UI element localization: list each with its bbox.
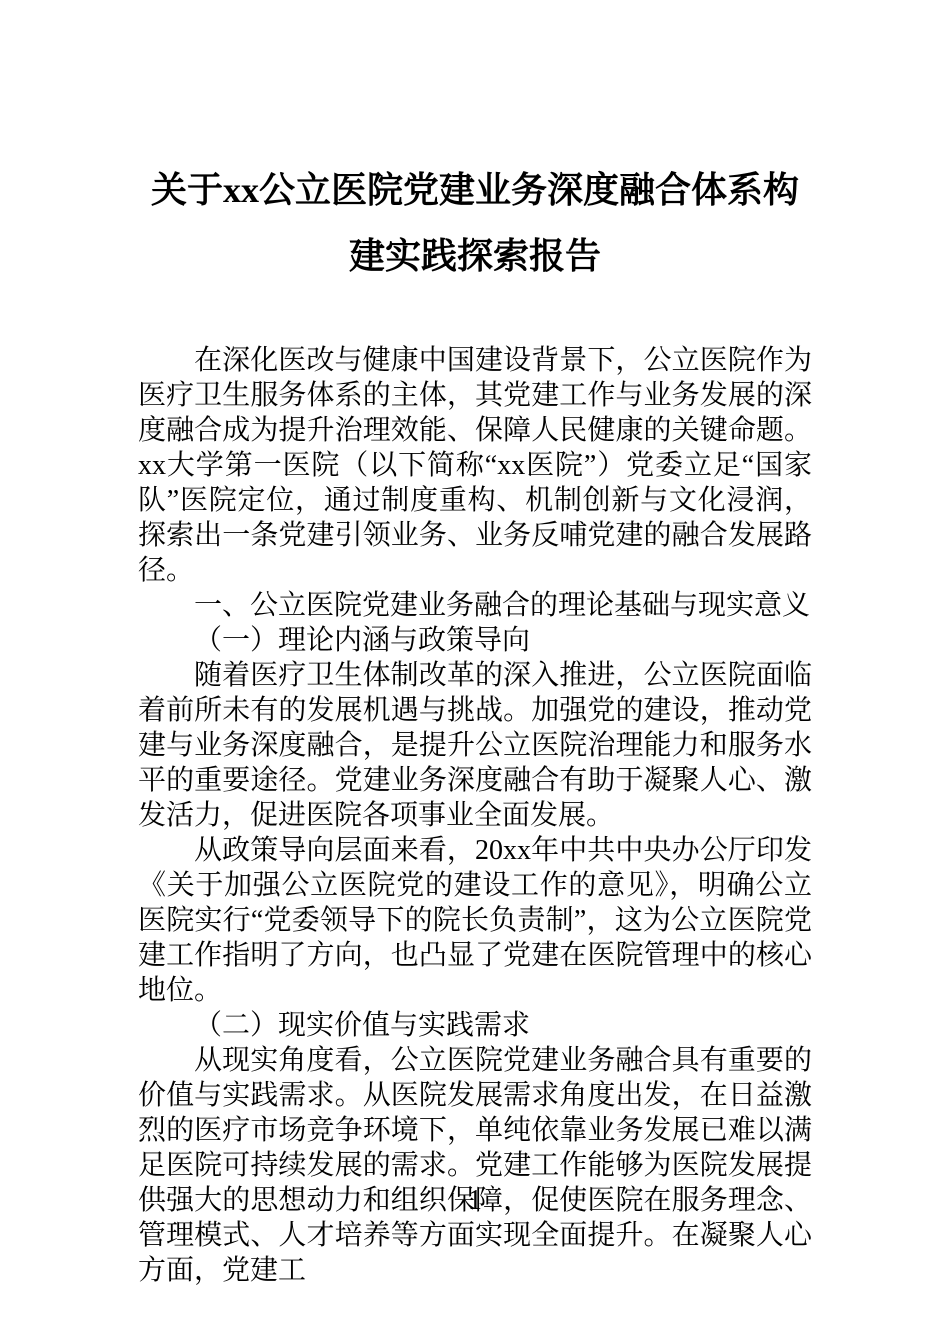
paragraph-policy: 从政策导向层面来看，20xx年中共中央办公厅印发《关于加强公立医院党的建设工作的…: [138, 833, 812, 1008]
heading-subsection-two: （二）现实价值与实践需求: [138, 1008, 812, 1043]
paragraph-practical-value: 从现实角度看，公立医院党建业务融合具有重要的价值与实践需求。从医院发展需求角度出…: [138, 1043, 812, 1288]
document-content: 在深化医改与健康中国建设背景下，公立医院作为医疗卫生服务体系的主体，其党建工作与…: [138, 343, 812, 1288]
page-number: 1: [0, 1183, 950, 1218]
paragraph-intro: 在深化医改与健康中国建设背景下，公立医院作为医疗卫生服务体系的主体，其党建工作与…: [138, 343, 812, 588]
document-body: 关于xx公立医院党建业务深度融合体系构建实践探索报告 在深化医改与健康中国建设背…: [138, 157, 812, 1288]
paragraph-theory: 随着医疗卫生体制改革的深入推进，公立医院面临着前所未有的发展机遇与挑战。加强党的…: [138, 658, 812, 833]
heading-subsection-one: （一）理论内涵与政策导向: [138, 623, 812, 658]
document-page: 关于xx公立医院党建业务深度融合体系构建实践探索报告 在深化医改与健康中国建设背…: [0, 0, 950, 1344]
document-title: 关于xx公立医院党建业务深度融合体系构建实践探索报告: [138, 157, 812, 289]
heading-section-one: 一、公立医院党建业务融合的理论基础与现实意义: [138, 588, 812, 623]
